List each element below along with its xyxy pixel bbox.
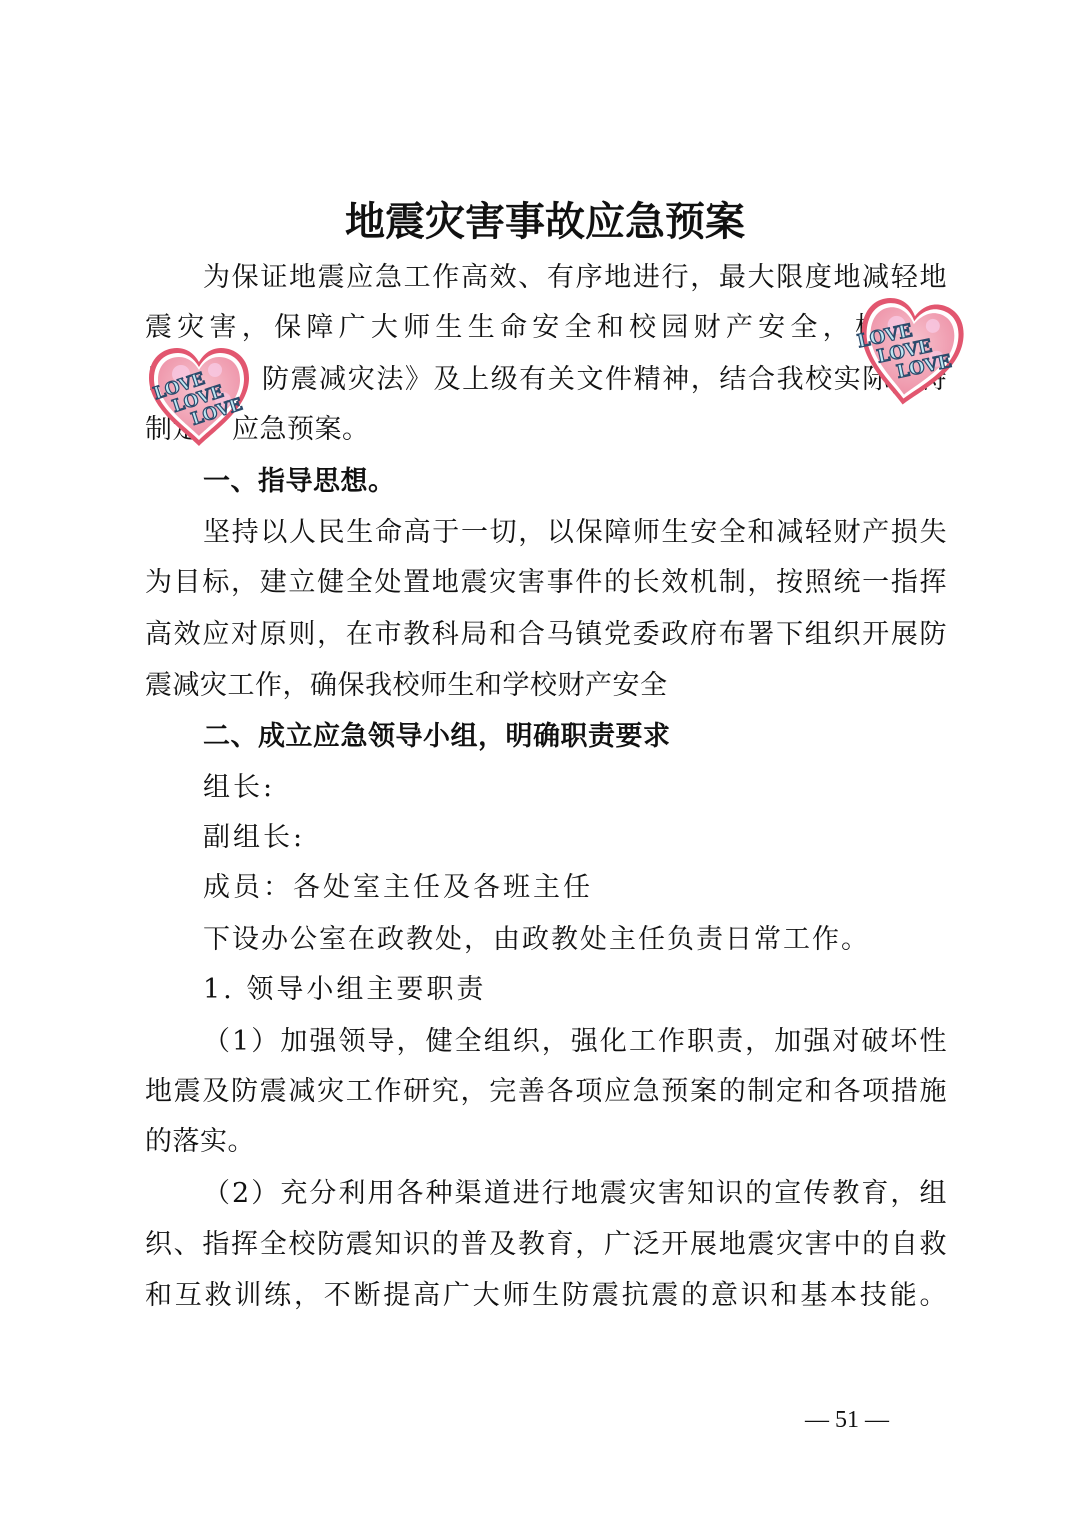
document-page: 地震灾害事故应急预案 为保证地震应急工作高效、有序地进行，最大限度地减轻地 震灾… — [0, 0, 1080, 1527]
leader-field: 组长: — [203, 771, 947, 805]
section-1-line-1: 坚持以人民生命高于一切，以保障师生安全和减轻财产损失 — [203, 516, 947, 550]
item-2-line-1: （2）充分利用各种渠道进行地震灾害知识的宣传教育，组 — [203, 1177, 947, 1211]
item-1-line-1: （1）加强领导，健全组织，强化工作职责，加强对破坏性 — [203, 1025, 947, 1059]
office-line: 下设办公室在政教处，由政教处主任负责日常工作。 — [203, 923, 947, 957]
page-number: — 51 — — [805, 1405, 889, 1435]
section-1-line-3: 高效应对原则，在市教科局和合马镇党委政府布署下组织开展防 — [145, 618, 947, 652]
intro-line-1: 为保证地震应急工作高效、有序地进行，最大限度地减轻地 — [203, 261, 947, 295]
section-2-heading: 二、成立应急领导小组，明确职责要求 — [203, 720, 947, 754]
item-2-line-3: 和互救训练，不断提高广大师生防震抗震的意识和基本技能。 — [145, 1279, 947, 1313]
section-1-line-4: 震减灾工作，确保我校师生和学校财产安全 — [145, 669, 947, 703]
subsection-1-heading: 1. 领导小组主要职责 — [203, 973, 947, 1007]
item-1-line-2: 地震及防震减灾工作研究，完善各项应急预案的制定和各项措施 — [145, 1075, 947, 1109]
document-title: 地震灾害事故应急预案 — [0, 196, 1080, 248]
deputy-leader-field: 副组长: — [203, 821, 947, 855]
item-2-line-2: 织、指挥全校防震知识的普及教育，广泛开展地震灾害中的自救 — [145, 1228, 947, 1262]
section-1-line-2: 为目标，建立健全处置地震灾害事件的长效机制，按照统一指挥 — [145, 566, 947, 600]
intro-line-3: 防震减灾法》及上级有关文件精神，结合我校实际，特 — [262, 363, 947, 397]
item-1-line-3: 的落实。 — [145, 1125, 947, 1159]
intro-line-4: 应急预案。 — [232, 413, 532, 447]
members-field: 成员：各处室主任及各班主任 — [203, 871, 947, 905]
heart-love-sticker-left: LOVE LOVE LOVE — [143, 342, 255, 450]
intro-line-2: 震灾害，保障广大师生生命安全和校园财产安全，根据《 — [145, 311, 947, 345]
section-1-heading: 一、指导思想。 — [203, 465, 947, 499]
heart-love-sticker-right: LOVE LOVE LOVE — [853, 293, 967, 411]
